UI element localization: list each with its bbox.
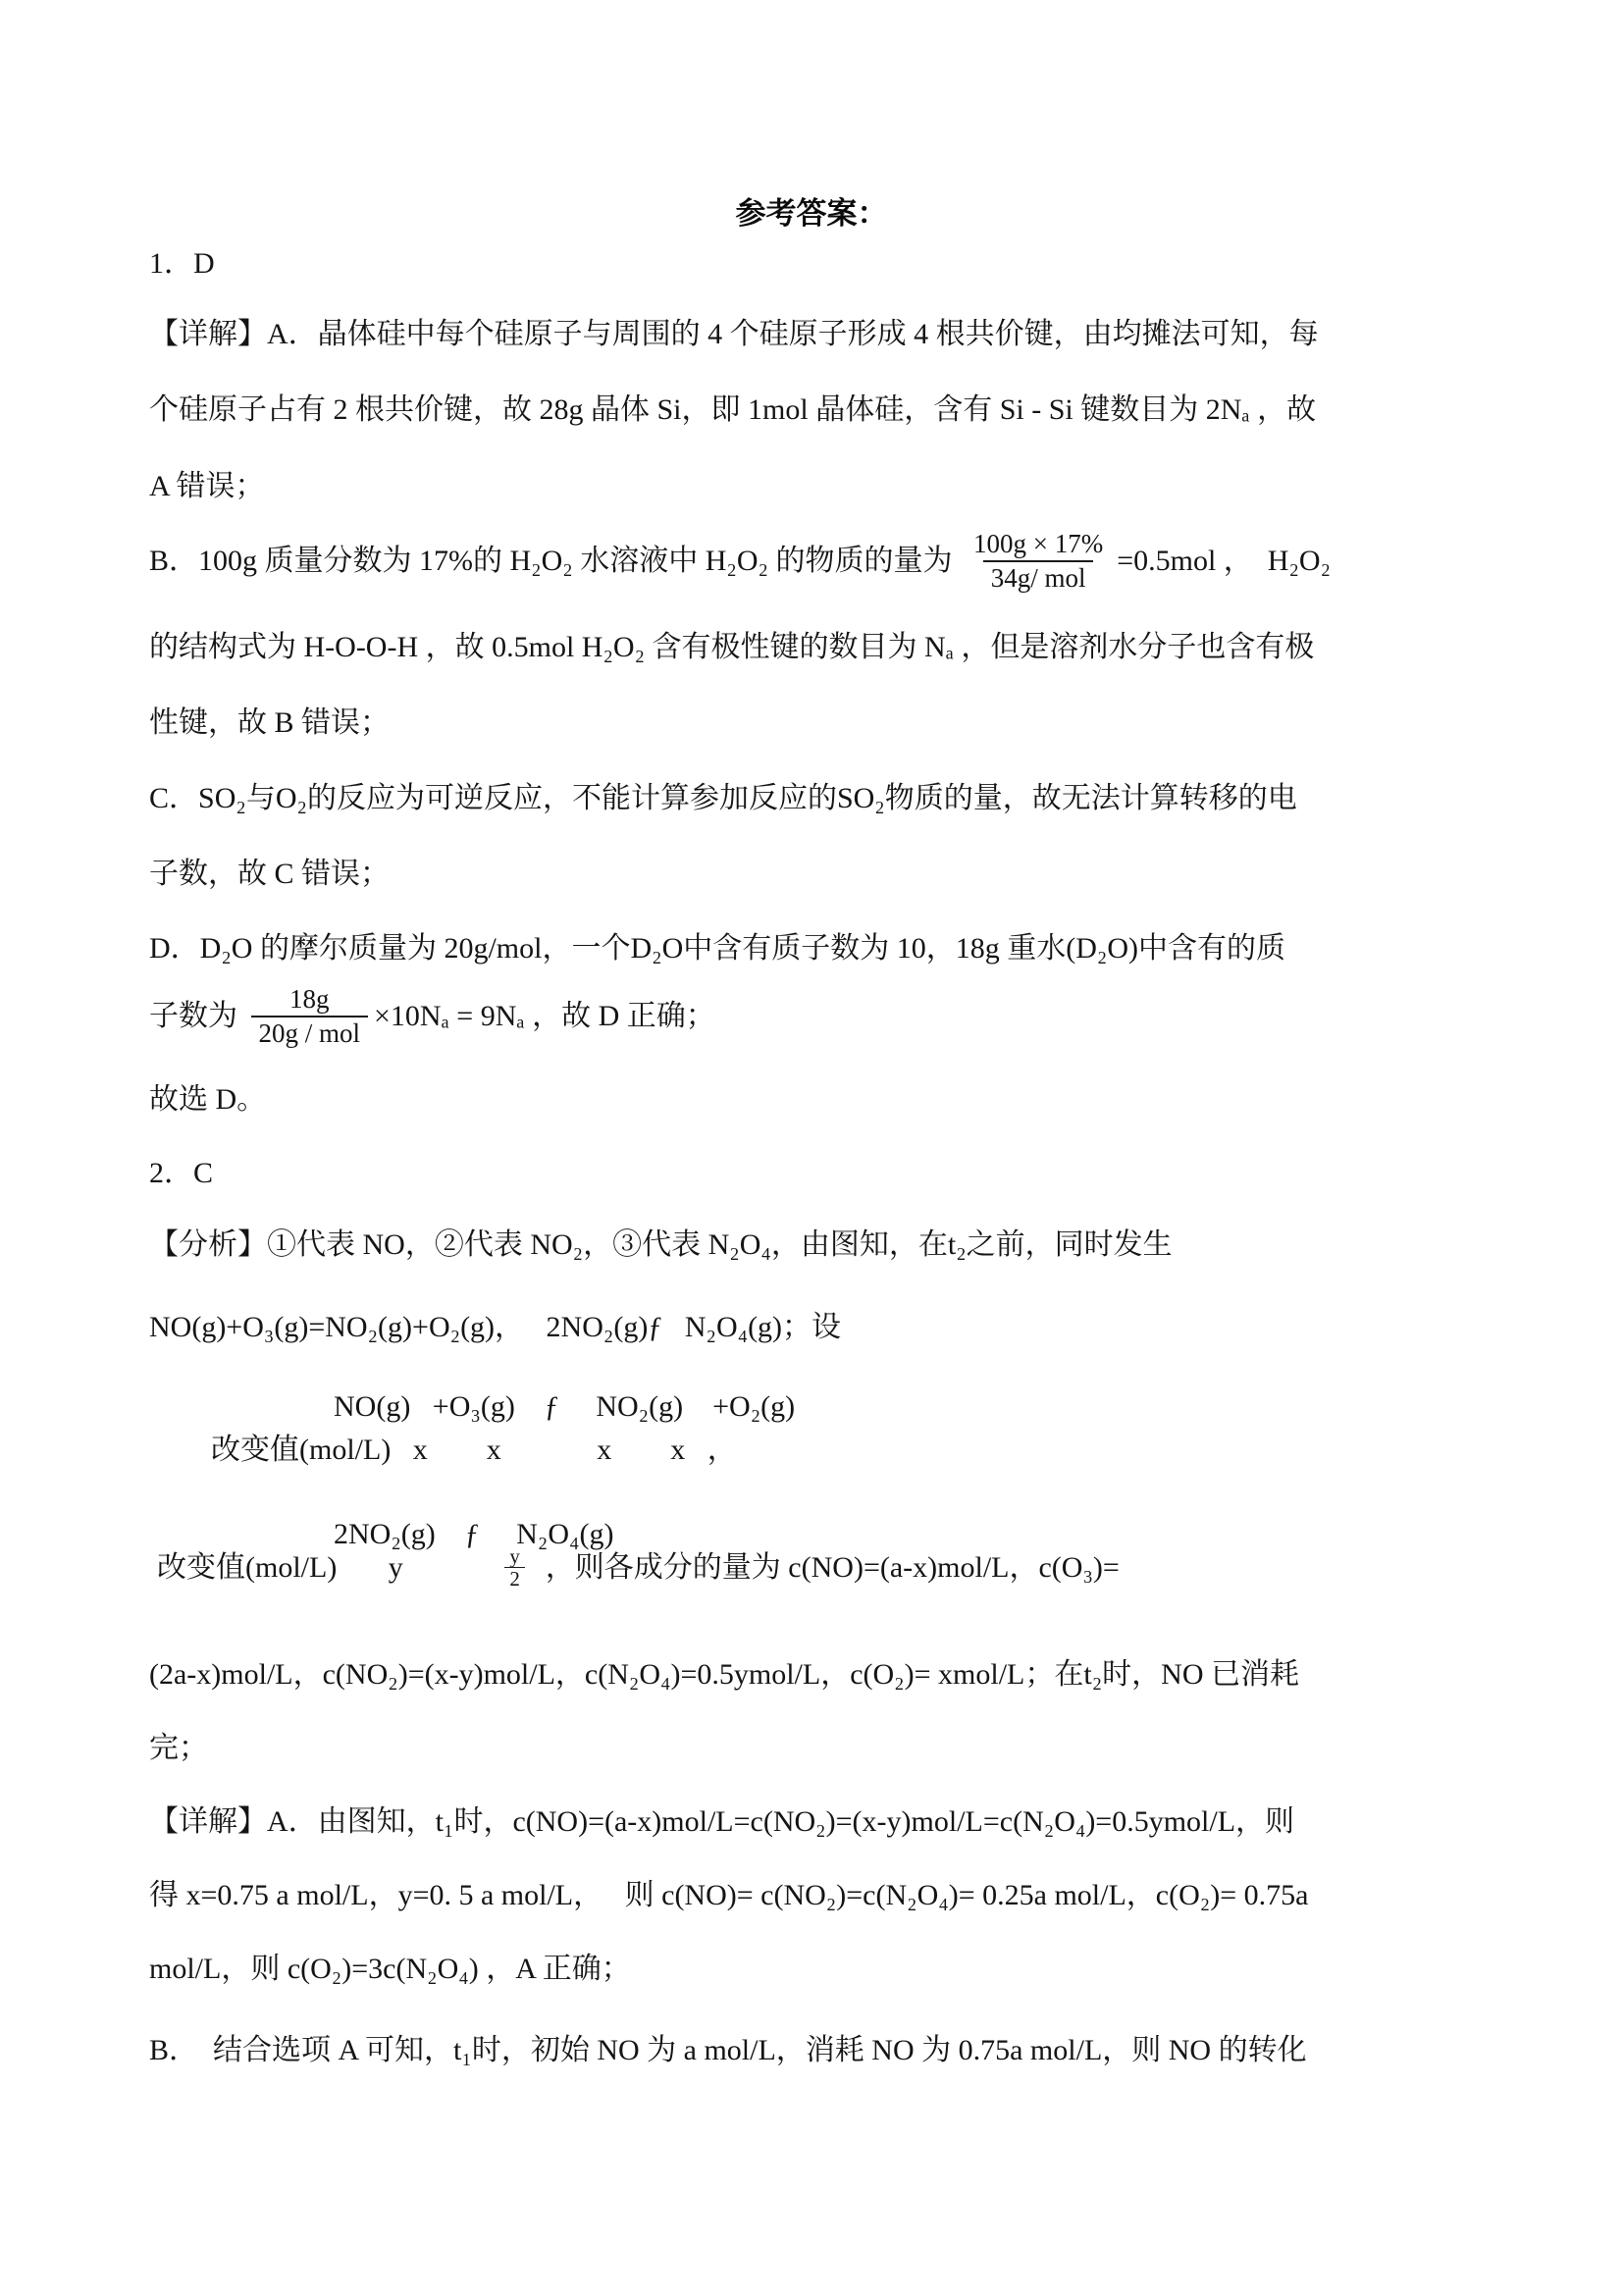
fraction: 100g × 17%34g/ mol <box>966 528 1111 595</box>
page-title: 参考答案： <box>0 188 1623 233</box>
text-segment: 1．D <box>149 245 215 283</box>
text-line: 个硅原子占有 2 根共价键，故 28g 晶体 Si，即 1mol 晶体硅，含有 … <box>149 391 1316 429</box>
text-segment: mol/L，则 c(O₂)=3c(N₂O₄) ，A 正确； <box>149 1951 631 1988</box>
document-page: 参考答案： 1．D【详解】A．晶体硅中每个硅原子与周围的 4 个硅原子形成 4 … <box>0 0 1623 2296</box>
text-segment: (2a-x)mol/L，c(NO₂)=(x-y)mol/L，c(N₂O₄)=0.… <box>149 1656 1299 1694</box>
text-segment: 子数为 <box>149 998 245 1035</box>
text-line: 性键，故 B 错误； <box>149 704 390 742</box>
text-line: NO(g) +O₃(g) ƒ NO₂(g) +O₂(g) <box>334 1388 795 1426</box>
text-segment: C．SO₂与O₂的反应为可逆反应，不能计算参加反应的SO₂物质的量，故无法计算转… <box>149 780 1297 817</box>
text-line: 【详解】A．晶体硅中每个硅原子与周围的 4 个硅原子形成 4 根共价键，由均摊法… <box>149 316 1319 353</box>
text-line: D．D₂O 的摩尔质量为 20g/mol，一个D₂O中含有质子数为 10，18g… <box>149 930 1285 967</box>
text-segment: B． 结合选项 A 可知，t₁时，初始 NO 为 a mol/L，消耗 NO 为… <box>149 2032 1307 2069</box>
text-segment: 故选 D。 <box>149 1081 266 1119</box>
text-segment: 2．C <box>149 1155 213 1192</box>
text-line: 故选 D。 <box>149 1081 266 1119</box>
text-line: 子数为 18g20g / mol×10Nₐ = 9Nₐ ，故 D 正确； <box>149 983 715 1050</box>
text-line: 2．C <box>149 1155 213 1192</box>
text-segment: ，则各成分的量为 c(NO)=(a-x)mol/L，c(O₃)= <box>531 1549 1120 1587</box>
text-line: B． 结合选项 A 可知，t₁时，初始 NO 为 a mol/L，消耗 NO 为… <box>149 2032 1307 2069</box>
fraction-numerator: 100g × 17% <box>966 528 1111 560</box>
fraction-numerator: y <box>504 1545 525 1567</box>
text-line: 改变值(mol/L) x x x x ， <box>211 1432 737 1469</box>
text-line: 改变值(mol/L) y y2 ，则各成分的量为 c(NO)=(a-x)mol/… <box>157 1545 1120 1590</box>
fraction-denominator: 34g/ mol <box>983 560 1094 595</box>
text-segment: NO(g)+O₃(g)=NO₂(g)+O₂(g)， 2NO₂(g)ƒ N₂O₄(… <box>149 1309 841 1346</box>
text-segment: D．D₂O 的摩尔质量为 20g/mol，一个D₂O中含有质子数为 10，18g… <box>149 930 1285 967</box>
text-line: A 错误； <box>149 468 265 505</box>
text-segment: A 错误； <box>149 468 265 505</box>
text-line: NO(g)+O₃(g)=NO₂(g)+O₂(g)， 2NO₂(g)ƒ N₂O₄(… <box>149 1309 841 1346</box>
text-segment: ×10Nₐ = 9Nₐ ，故 D 正确； <box>374 998 715 1035</box>
text-segment: 【详解】A．晶体硅中每个硅原子与周围的 4 个硅原子形成 4 根共价键，由均摊法… <box>149 316 1319 353</box>
text-segment: 子数，故 C 错误； <box>149 856 390 893</box>
text-line: 【详解】A．由图知，t₁时，c(NO)=(a-x)mol/L=c(NO₂)=(x… <box>149 1803 1294 1841</box>
text-line: 1．D <box>149 245 215 283</box>
text-segment: 完； <box>149 1730 208 1767</box>
text-line: 得 x=0.75 a mol/L，y=0. 5 a mol/L， 则 c(NO)… <box>149 1877 1308 1914</box>
fraction-denominator: 20g / mol <box>251 1016 369 1050</box>
text-line: (2a-x)mol/L，c(NO₂)=(x-y)mol/L，c(N₂O₄)=0.… <box>149 1656 1299 1694</box>
text-segment: 改变值(mol/L) x x x x ， <box>211 1432 737 1469</box>
text-segment: 性键，故 B 错误； <box>149 704 390 742</box>
fraction: 18g20g / mol <box>251 983 369 1050</box>
text-line: mol/L，则 c(O₂)=3c(N₂O₄) ，A 正确； <box>149 1951 631 1988</box>
text-line: 子数，故 C 错误； <box>149 856 390 893</box>
text-line: 【分析】①代表 NO，②代表 NO₂，③代表 N₂O₄，由图知，在t₂之前，同时… <box>149 1226 1173 1264</box>
text-line: 的结构式为 H-O-O-H ，故 0.5mol H₂O₂ 含有极性键的数目为 N… <box>149 629 1314 666</box>
text-segment: 的结构式为 H-O-O-H ，故 0.5mol H₂O₂ 含有极性键的数目为 N… <box>149 629 1314 666</box>
text-line: B．100g 质量分数为 17%的 H₂O₂ 水溶液中 H₂O₂ 的物质的量为 … <box>149 528 1331 595</box>
fraction-denominator: 2 <box>504 1567 525 1590</box>
text-segment: 个硅原子占有 2 根共价键，故 28g 晶体 Si，即 1mol 晶体硅，含有 … <box>149 391 1316 429</box>
text-segment: NO(g) +O₃(g) ƒ NO₂(g) +O₂(g) <box>334 1388 795 1426</box>
text-segment: 得 x=0.75 a mol/L，y=0. 5 a mol/L， 则 c(NO)… <box>149 1877 1308 1914</box>
fraction: y2 <box>504 1545 525 1590</box>
text-segment: =0.5mol ， H₂O₂ <box>1117 543 1331 580</box>
fraction-numerator: 18g <box>282 983 338 1016</box>
text-segment: 改变值(mol/L) y <box>157 1549 498 1587</box>
text-segment: 【详解】A．由图知，t₁时，c(NO)=(a-x)mol/L=c(NO₂)=(x… <box>149 1803 1294 1841</box>
text-segment: 【分析】①代表 NO，②代表 NO₂，③代表 N₂O₄，由图知，在t₂之前，同时… <box>149 1226 1173 1264</box>
text-segment: B．100g 质量分数为 17%的 H₂O₂ 水溶液中 H₂O₂ 的物质的量为 <box>149 543 960 580</box>
text-line: 完； <box>149 1730 208 1767</box>
text-line: C．SO₂与O₂的反应为可逆反应，不能计算参加反应的SO₂物质的量，故无法计算转… <box>149 780 1297 817</box>
